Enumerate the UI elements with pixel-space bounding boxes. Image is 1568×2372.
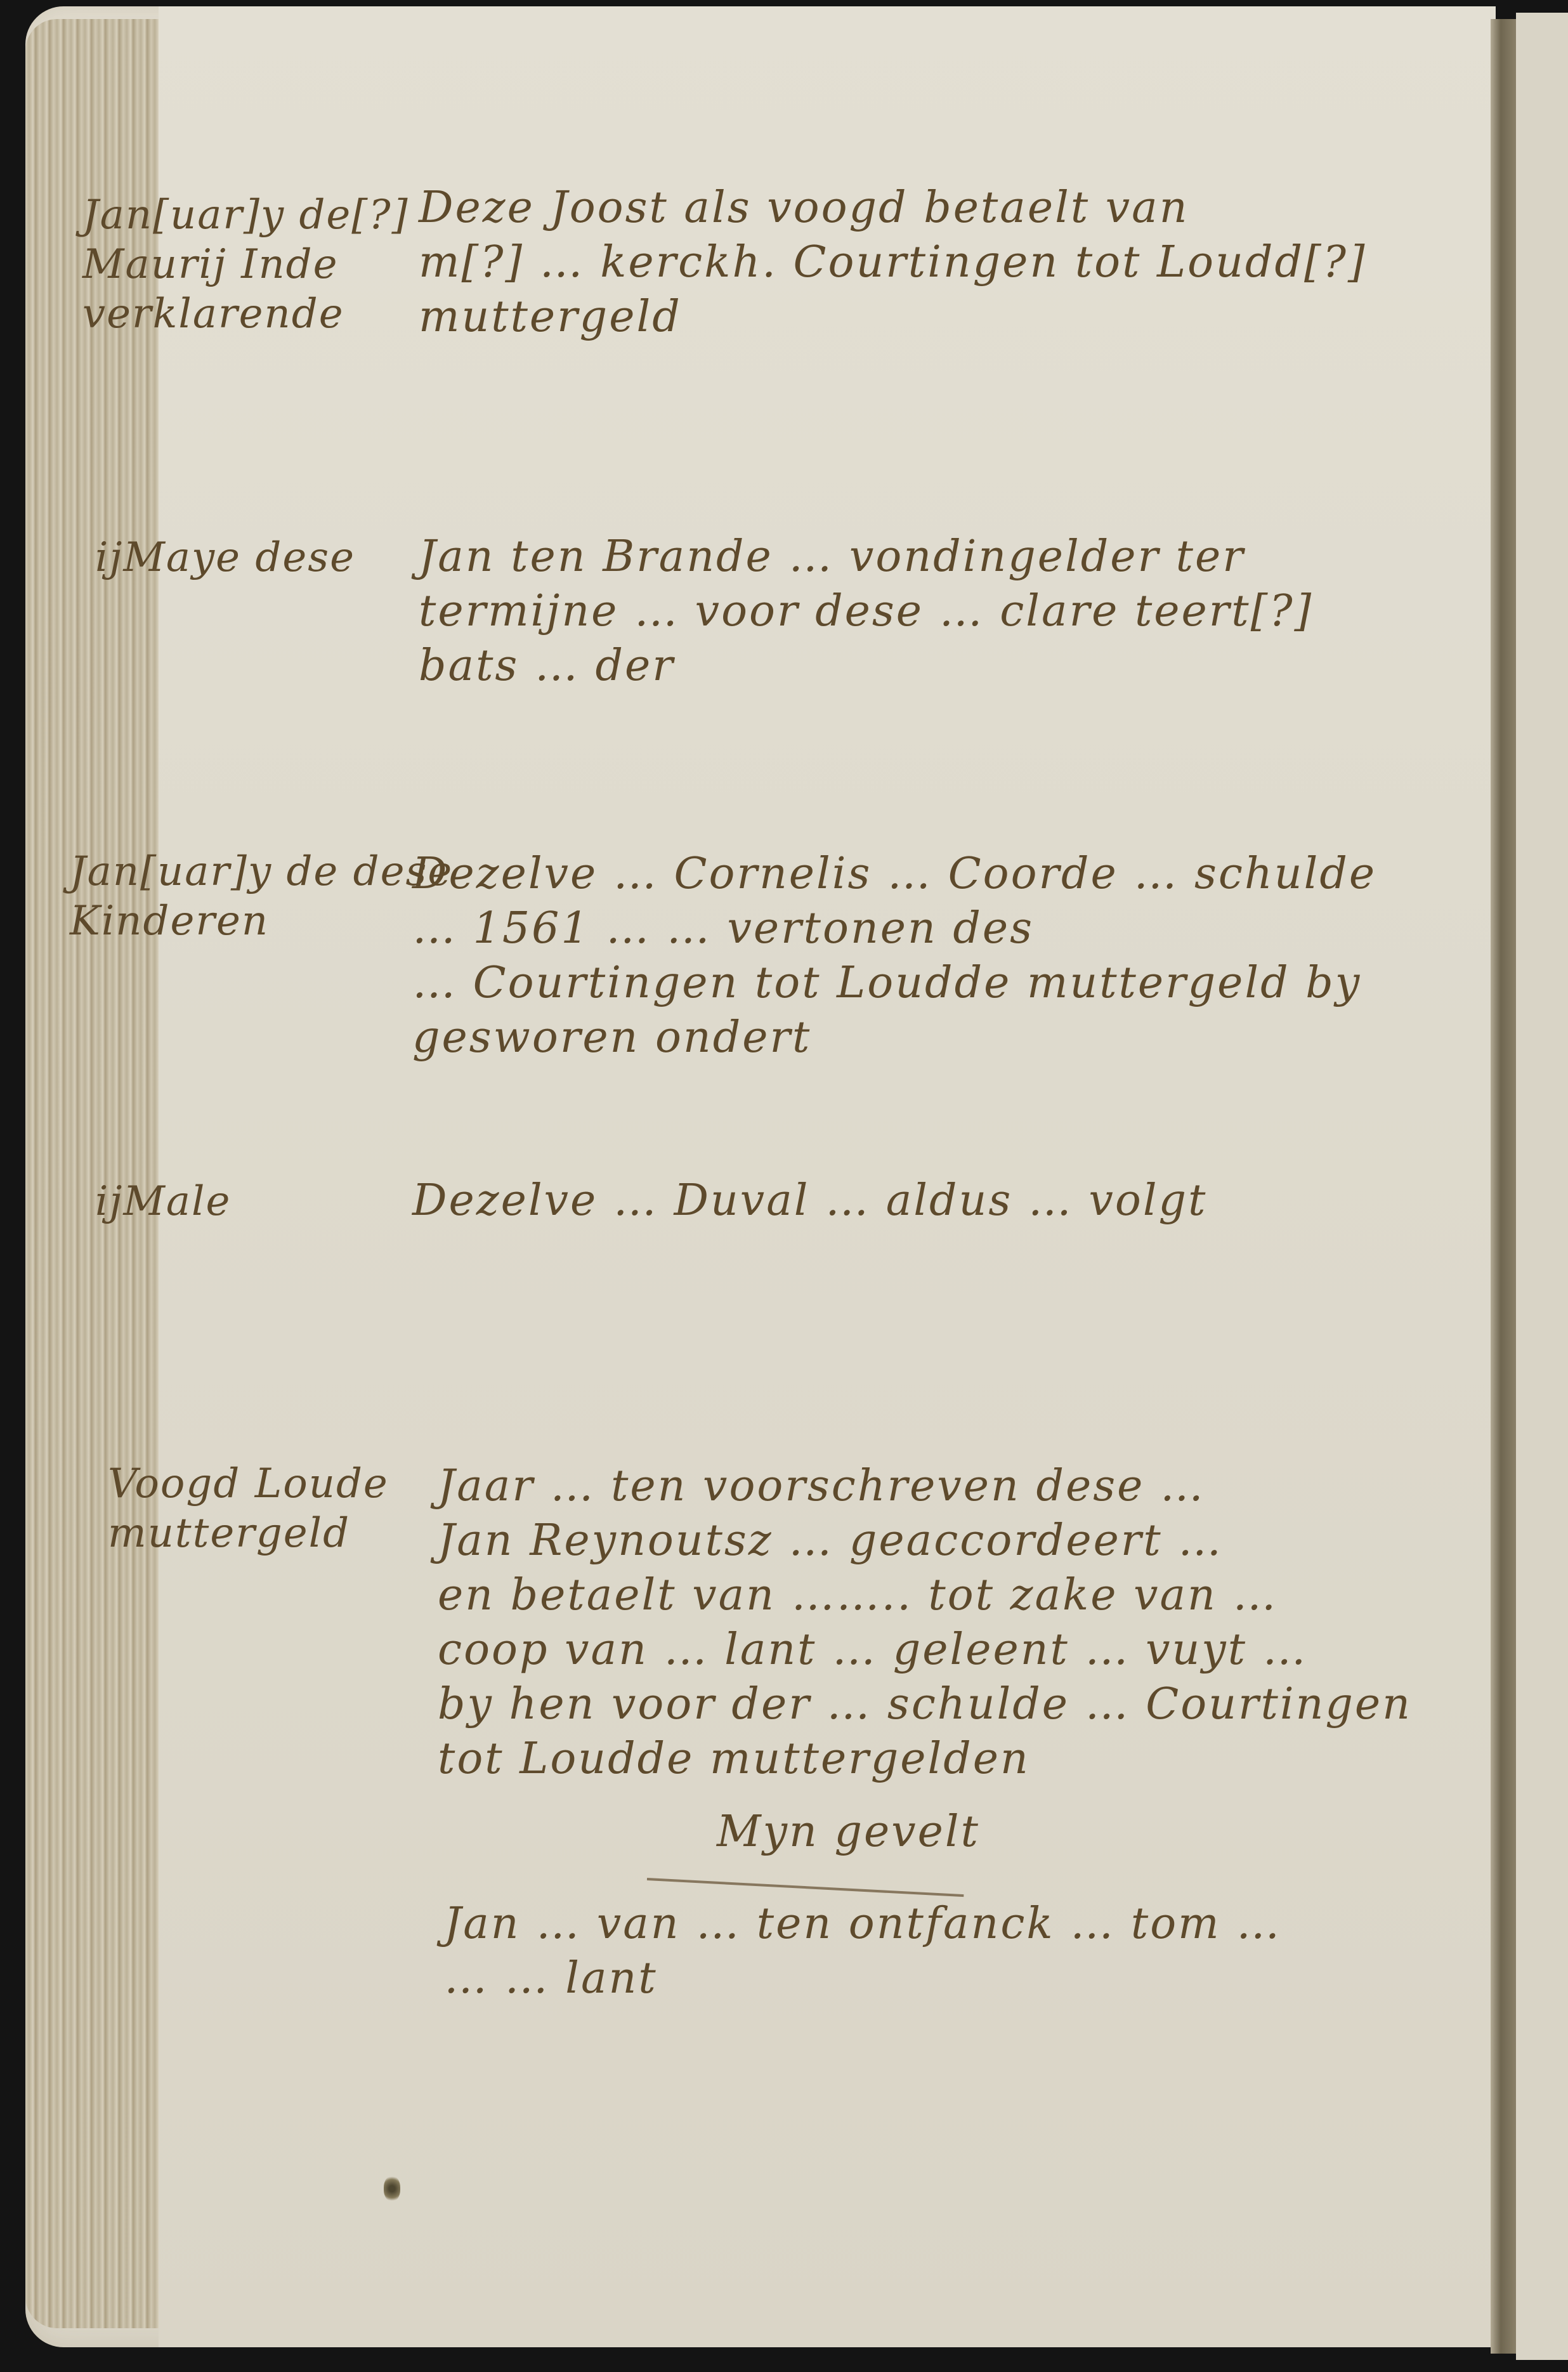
entry-1-text: Deze Joost als voogd betaelt van m[?] … … — [419, 181, 1367, 344]
entry-3-text: Dezelve … Cornelis … Coorde … schulde … … — [412, 847, 1376, 1065]
facing-page-edge — [1516, 13, 1568, 2360]
book-gutter — [1491, 19, 1516, 2354]
margin-note-entry-4: ijMale — [95, 1177, 231, 1226]
closing-heading: Myn gevelt — [717, 1805, 980, 1859]
entry-4-text: Dezelve … Duval … aldus … volgt — [412, 1174, 1207, 1228]
margin-note-entry-3: Jan[uar]y de dese Kinderen — [70, 847, 453, 946]
entry-5-text: Jaar … ten voorschreven dese … Jan Reyno… — [438, 1459, 1412, 1786]
margin-note-entry-1: Jan[uar]y de[?] Maurij Inde verklarende — [82, 190, 409, 339]
ink-blot — [384, 2176, 400, 2201]
margin-note-entry-5: Voogd Loude muttergeld — [108, 1459, 389, 1558]
margin-note-entry-2: ijMaye dese — [95, 533, 355, 582]
entry-2-text: Jan ten Brande … vondingelder ter termij… — [419, 530, 1313, 693]
stacked-page-edges — [25, 19, 159, 2328]
closing-text: Jan … van … ten ontfanck … tom … … … lan… — [444, 1897, 1281, 2006]
